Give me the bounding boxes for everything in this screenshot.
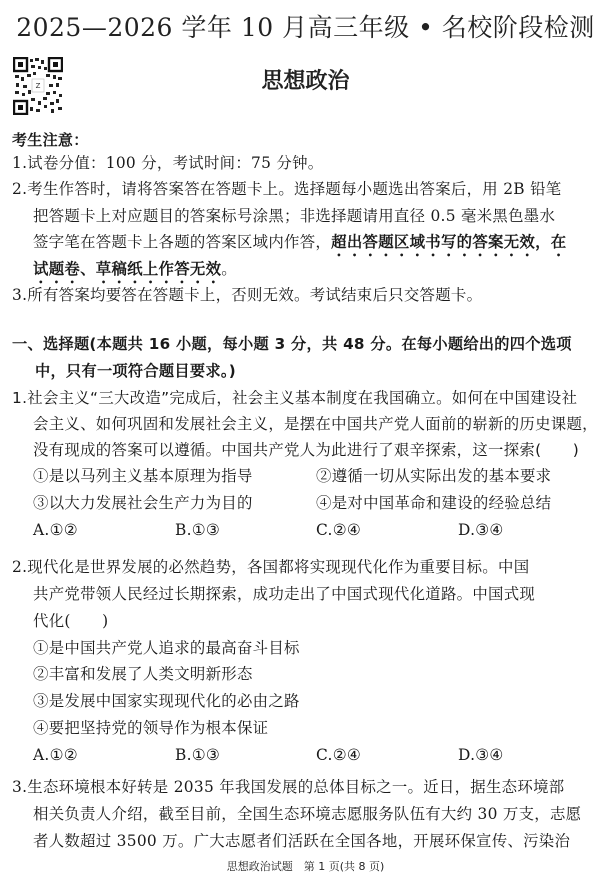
notice-item-3: 3.所有答案均要答在答题卡上，否则无效。考试结束后只交答题卡。 bbox=[12, 285, 482, 305]
section-heading-line-1: 一、选择题(本题共 16 小题，每小题 3 分，共 48 分。在每小题给出的四个… bbox=[12, 334, 572, 354]
question-2-option-b[interactable]: B.①③ bbox=[175, 745, 220, 765]
question-1-option-b[interactable]: B.①③ bbox=[175, 520, 220, 540]
notice-item-2-line-2: 把答题卡上对应题目的答案标号涂黑；非选择题请用直径 0.5 毫米黑色墨水 bbox=[33, 206, 555, 226]
question-2-stem-line-3: 代化( ) bbox=[33, 611, 108, 631]
question-3-stem-line-3: 者人数超过 3500 万。广大志愿者们活跃在全国各地，开展环保宣传、污染治 bbox=[33, 831, 570, 851]
notice-item-1: 1.试卷分值：100 分，考试时间：75 分钟。 bbox=[12, 153, 324, 173]
question-2-option-d[interactable]: D.③④ bbox=[458, 745, 503, 765]
question-2-statement-3: ③是发展中国家实现现代化的必由之路 bbox=[33, 691, 300, 711]
question-2-statement-2: ②丰富和发展了人类文明新形态 bbox=[33, 664, 253, 684]
question-2-statement-1: ①是中国共产党人追求的最高奋斗目标 bbox=[33, 638, 300, 658]
section-heading-line-2: 中，只有一项符合题目要求。) bbox=[35, 361, 236, 381]
question-1-statement-1: ①是以马列主义基本原理为指导 bbox=[33, 466, 253, 486]
notice-item-2-line-1: 2.考生作答时，请将答案答在答题卡上。选择题每小题选出答案后，用 2B 铅笔 bbox=[12, 179, 561, 199]
notice-item-2-line-4: 试题卷、草稿纸上作答无效。 bbox=[33, 259, 237, 287]
question-2-statement-4: ④要把坚持党的领导作为根本保证 bbox=[33, 718, 268, 738]
exam-title: 2025—2026 学年 10 月高三年级 • 名校阶段检测 bbox=[0, 8, 611, 44]
question-2-stem-line-1: 2.现代化是世界发展的必然趋势，各国都将实现现代化作为重要目标。中国 bbox=[12, 557, 529, 577]
emphasis-text: 试题卷、草稿纸上作答无效 bbox=[33, 260, 221, 278]
question-1-option-a[interactable]: A.①② bbox=[33, 520, 78, 540]
subject-title: 思想政治 bbox=[0, 64, 611, 95]
question-1-stem-line-2: 会主义、如何巩固和发展社会主义，是摆在中国共产党人面前的崭新的历史课题， bbox=[33, 414, 598, 434]
emphasis-text: 超出答题区域书写的答案无效，在 bbox=[331, 233, 566, 251]
question-1-statement-3: ③以大力发展社会生产力为目的 bbox=[33, 493, 253, 513]
question-1-statement-4: ④是对中国革命和建设的经验总结 bbox=[316, 493, 551, 513]
question-1-option-d[interactable]: D.③④ bbox=[458, 520, 503, 540]
question-1-option-c[interactable]: C.②④ bbox=[316, 520, 361, 540]
question-1-stem-line-3: 没有现成的答案可以遵循。中国共产党人为此进行了艰辛探索，这一探索( ) bbox=[33, 440, 579, 460]
question-2-stem-line-2: 共产党带领人民经过长期探索，成功走出了中国式现代化道路。中国式现 bbox=[33, 584, 535, 604]
question-1-stem-line-1: 1.社会主义“三大改造”完成后，社会主义基本制度在我国确立。如何在中国建设社 bbox=[12, 388, 577, 408]
question-3-stem-line-1: 3.生态环境根本好转是 2035 年我国发展的总体目标之一。近日，据生态环境部 bbox=[12, 777, 564, 797]
notice-heading: 考生注意： bbox=[12, 130, 89, 150]
question-3-stem-line-2: 相关负责人介绍，截至目前，全国生态环境志愿服务队伍有大约 30 万支，志愿 bbox=[33, 804, 581, 824]
notice-item-2-line-3: 签字笔在答题卡上各题的答案区域内作答，超出答题区域书写的答案无效，在 bbox=[33, 232, 567, 260]
question-1-statement-2: ②遵循一切从实际出发的基本要求 bbox=[316, 466, 551, 486]
question-2-option-a[interactable]: A.①② bbox=[33, 745, 78, 765]
question-2-option-c[interactable]: C.②④ bbox=[316, 745, 361, 765]
page-footer: 思想政治试题 第 1 页(共 8 页) bbox=[0, 858, 611, 874]
notice-text: 签字笔在答题卡上各题的答案区域内作答， bbox=[33, 233, 331, 251]
notice-text: 。 bbox=[221, 260, 237, 278]
